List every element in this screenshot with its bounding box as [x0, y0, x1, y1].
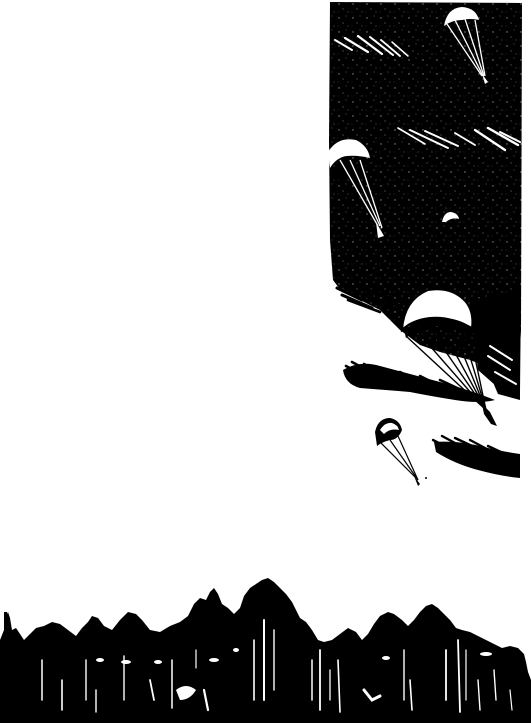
parachute-small-low: [375, 418, 427, 486]
forest-silhouette: [0, 578, 531, 723]
woodcut-illustration: [0, 0, 531, 723]
night-sky-panel: [329, 2, 522, 392]
cloud-band-lower: [433, 436, 520, 478]
cloud-band-middle: [343, 362, 495, 402]
